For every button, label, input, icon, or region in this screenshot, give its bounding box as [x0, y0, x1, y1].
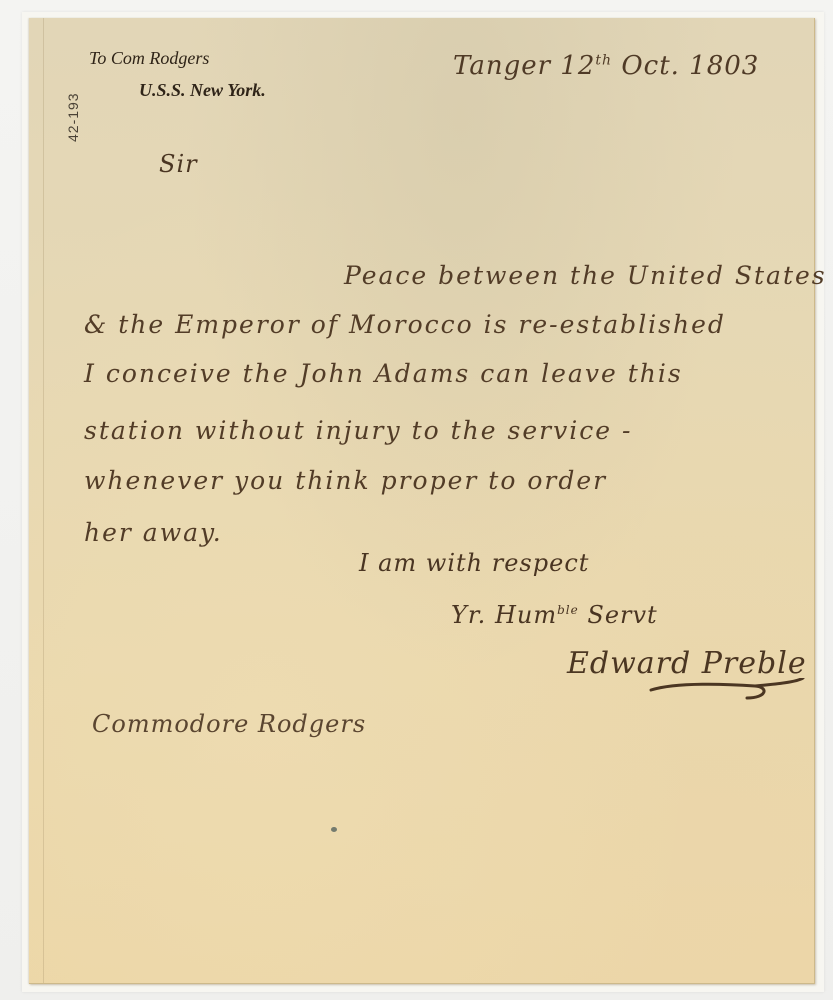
- address-line-1: To Com Rodgers: [89, 48, 209, 69]
- signature-flourish-icon: [647, 678, 807, 708]
- body-line: whenever you think proper to order: [84, 466, 607, 495]
- servant-hum: Hum: [495, 601, 557, 629]
- closing: I am with respect: [359, 549, 589, 577]
- body-line: I conceive the John Adams can leave this: [84, 359, 683, 388]
- servant-hum-suffix: ble: [557, 603, 579, 617]
- servant-yr: Yr.: [451, 601, 486, 629]
- body-line: her away.: [84, 518, 223, 547]
- salutation: Sir: [159, 150, 198, 178]
- letter-page: 42-193 To Com Rodgers U.S.S. New York. T…: [29, 18, 815, 984]
- date-month: Oct.: [621, 51, 680, 81]
- body-line: Peace between the United States: [344, 261, 827, 290]
- date-place: Tanger: [453, 51, 551, 81]
- date-day: 12: [560, 51, 595, 81]
- date-year: 1803: [689, 51, 759, 81]
- addressee: Commodore Rodgers: [92, 710, 366, 738]
- servant-line: Yr. Humble Servt: [451, 601, 658, 629]
- archive-number: 42-193: [65, 92, 81, 142]
- address-line-2: U.S.S. New York.: [139, 80, 266, 101]
- servant-servt: Servt: [587, 601, 657, 629]
- dateline: Tanger 12th Oct. 1803: [453, 51, 759, 81]
- ink-spot: [331, 827, 337, 832]
- body-line: station without injury to the service -: [84, 416, 632, 445]
- signature: Edward Preble: [567, 646, 807, 681]
- body-line: & the Emperor of Morocco is re-establish…: [84, 310, 726, 339]
- date-day-suffix: th: [595, 52, 612, 68]
